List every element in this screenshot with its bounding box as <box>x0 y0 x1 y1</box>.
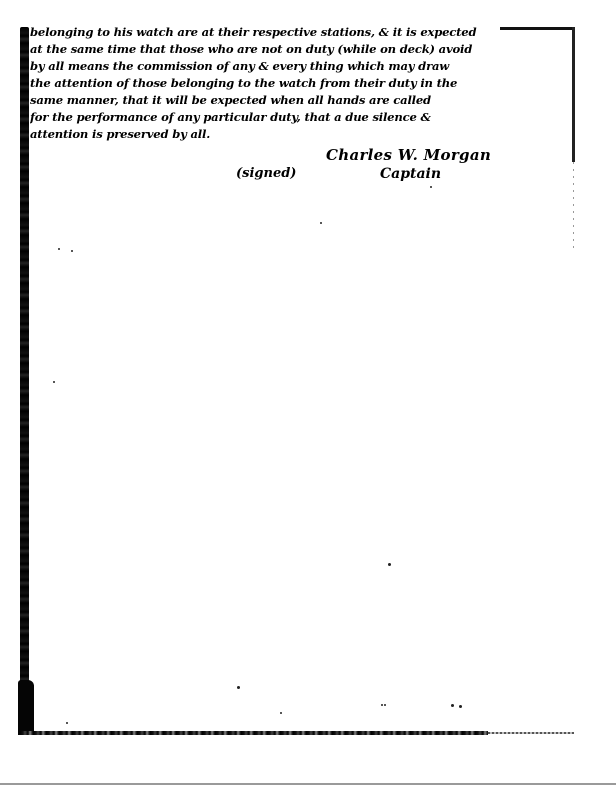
scan-speck <box>381 704 383 706</box>
scan-speck <box>384 704 386 706</box>
scan-speck <box>66 722 68 724</box>
scan-speck <box>320 222 322 224</box>
letter-line: the attention of those belonging to the … <box>30 75 575 92</box>
scan-bottom-edge <box>20 731 488 735</box>
signed-label: (signed) <box>236 166 296 181</box>
document-page: belonging to his watch are at their resp… <box>0 0 616 783</box>
signer-name: Charles W. Morgan <box>326 146 491 164</box>
scan-speck <box>388 563 391 566</box>
scan-right-edge-dots <box>573 162 574 252</box>
letter-line: at the same time that those who are not … <box>30 41 575 58</box>
scan-speck <box>58 248 60 250</box>
scan-speck <box>280 712 282 714</box>
scan-speck <box>459 705 462 708</box>
scan-speck <box>451 704 454 707</box>
scan-bottom-edge-faint <box>488 732 574 734</box>
letter-line: for the performance of any particular du… <box>30 109 575 126</box>
scan-speck <box>53 381 55 383</box>
scan-speck <box>71 250 73 252</box>
letter-line: attention is preserved by all. <box>30 126 575 143</box>
letter-line: same manner, that it will be expected wh… <box>30 92 575 109</box>
signer-title: Captain <box>380 166 441 182</box>
letter-line: belonging to his watch are at their resp… <box>30 24 575 41</box>
scan-corner-shadow <box>18 680 34 735</box>
letter-body: belonging to his watch are at their resp… <box>30 24 575 143</box>
scan-speck <box>237 686 240 689</box>
scan-speck <box>430 186 432 188</box>
signature-block: (signed) Charles W. Morgan Captain <box>236 146 566 186</box>
scan-left-edge-shadow <box>20 27 29 735</box>
letter-line: by all means the commission of any & eve… <box>30 58 575 75</box>
